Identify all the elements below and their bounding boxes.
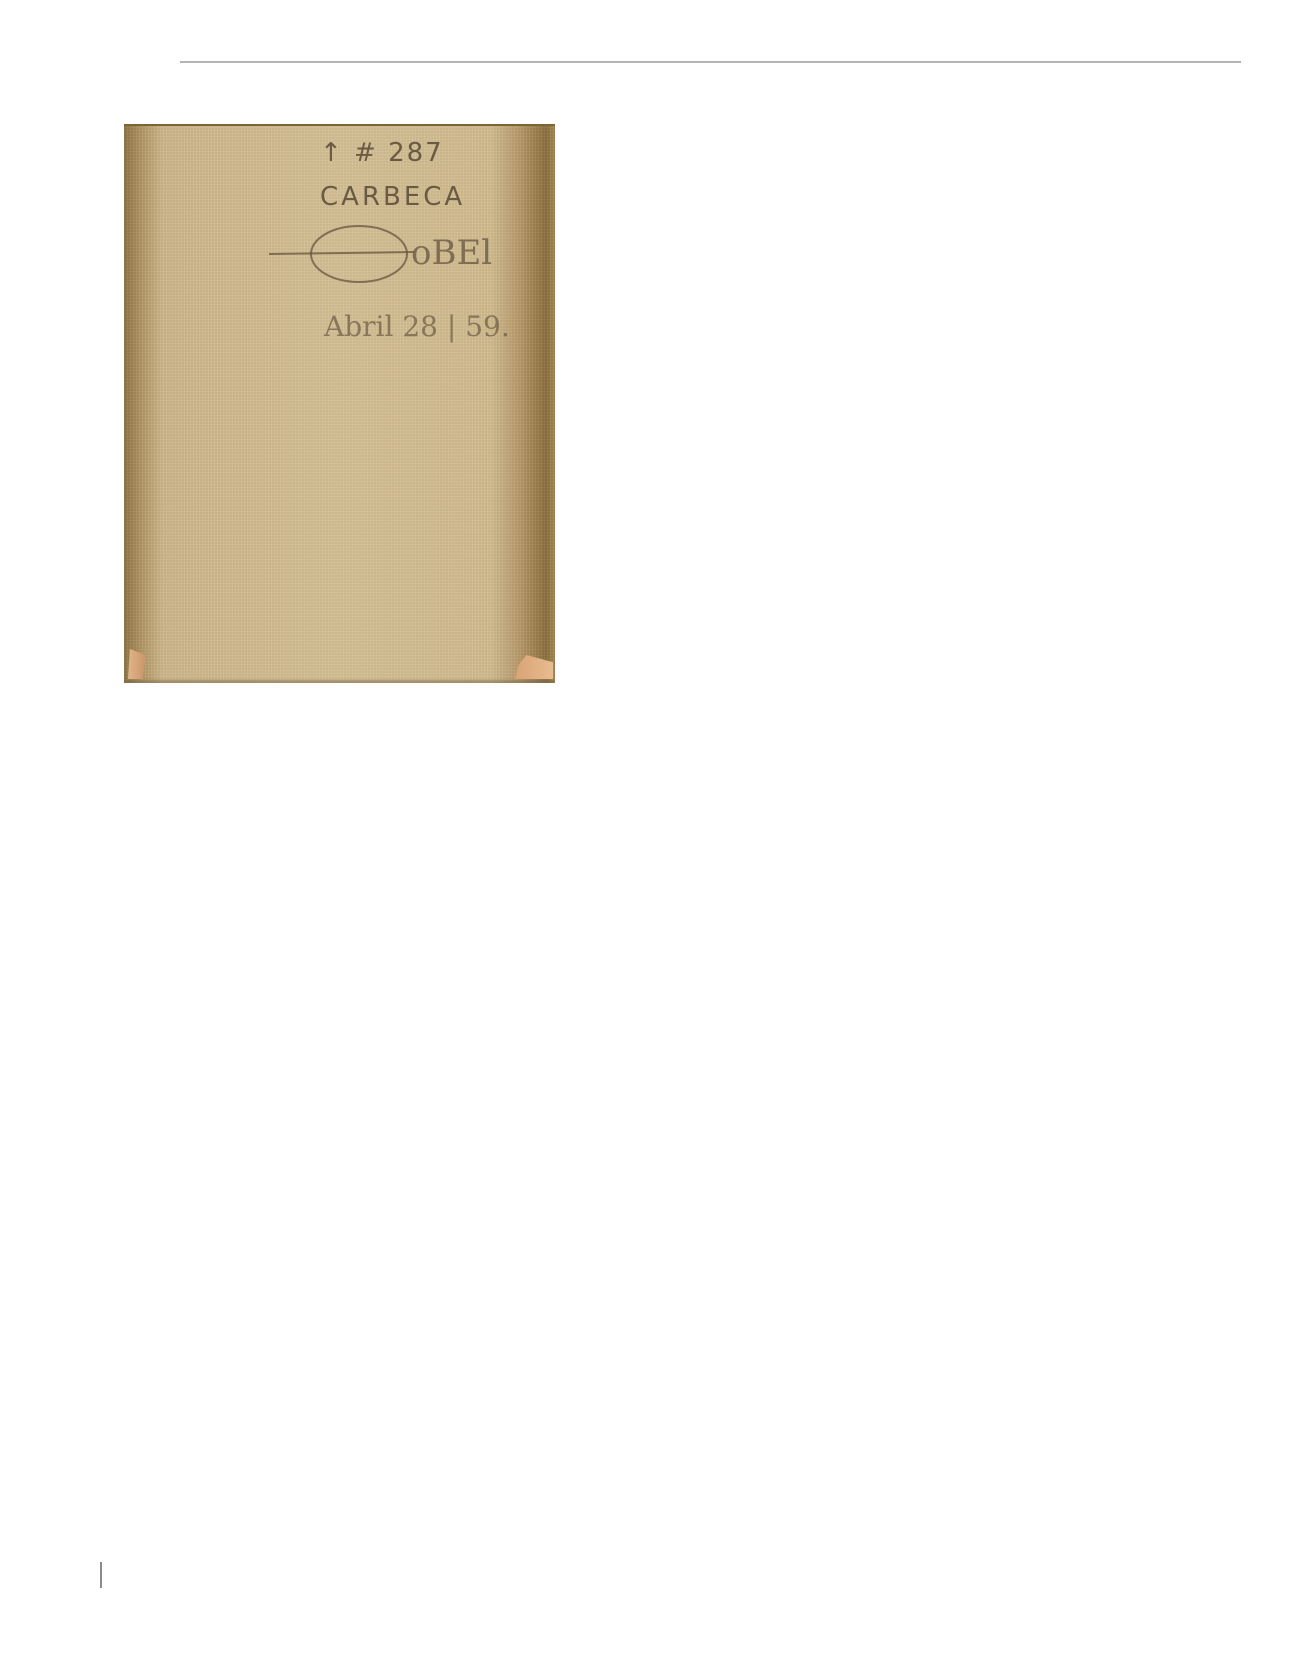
margin-marker [100, 1562, 102, 1588]
signature-text: oBEl [411, 233, 492, 273]
stretcher-key-right [515, 655, 553, 679]
inscription-number: ↑ # 287 [320, 138, 444, 168]
inscription-date: Abril 28 | 59. [324, 310, 510, 343]
signature-mark: oBEl [269, 216, 509, 296]
header-rule [180, 61, 1241, 63]
inscription-title: CARBECA [320, 182, 465, 212]
stretcher-key-left [128, 649, 146, 679]
artwork-image: ↑ # 287 CARBECA oBEl Abril 28 | 59. [124, 124, 555, 683]
